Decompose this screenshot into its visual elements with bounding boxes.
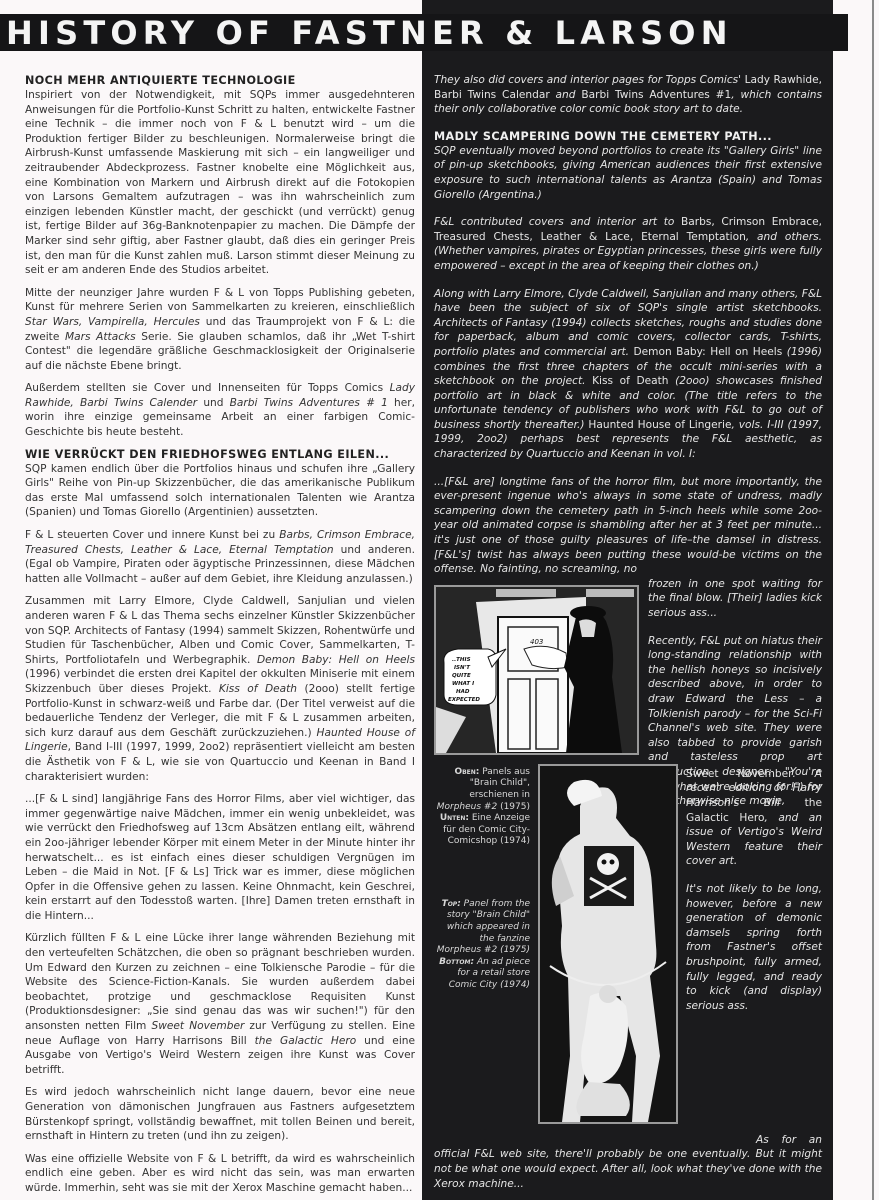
svg-text:403: 403 bbox=[530, 638, 543, 646]
english-column: They also did covers and interior pages … bbox=[434, 73, 822, 1200]
paragraph: Was eine offizielle Website von F & L be… bbox=[25, 1152, 415, 1196]
quote-paragraph: ...[F & L sind] langjährige Fans des Hor… bbox=[25, 792, 415, 923]
paragraph: Zusammen mit Larry Elmore, Clyde Caldwel… bbox=[25, 594, 415, 784]
section-heading-cemetery: WIE VERRÜCKT DEN FRIEDHOFSWEG ENTLANG EI… bbox=[25, 448, 415, 462]
wrap-text-lower: Sweet November. A recent edition of Harr… bbox=[686, 767, 822, 1027]
figure-area: 403 ..THIS ISN'T QUITE WHAT I HAD EXPECT… bbox=[434, 577, 822, 1129]
comic-panel-image: 403 ..THIS ISN'T QUITE WHAT I HAD EXPECT… bbox=[434, 585, 639, 755]
svg-text:ISN'T: ISN'T bbox=[454, 665, 471, 671]
quote-continuation: frozen in one spot waiting for the final… bbox=[648, 577, 822, 621]
paragraph: Außerdem stellten sie Cover und Innensei… bbox=[25, 381, 415, 439]
paragraph: Es wird jedoch wahrscheinlich nicht lang… bbox=[25, 1085, 415, 1143]
german-column: NOCH MEHR ANTIQUIERTE TECHNOLOGIE Inspir… bbox=[25, 73, 415, 1200]
section-heading-cemetery-en: MADLY SCAMPERING DOWN THE CEMETERY PATH.… bbox=[434, 130, 822, 144]
comic-ad-image bbox=[538, 764, 678, 1124]
quote-paragraph: ...[F&L are] longtime fans of the horror… bbox=[434, 475, 822, 577]
paragraph: They also did covers and interior pages … bbox=[434, 73, 822, 117]
svg-text:WHAT I: WHAT I bbox=[452, 681, 474, 687]
noir-comic-illustration: 403 ..THIS ISN'T QUITE WHAT I HAD EXPECT… bbox=[436, 587, 637, 753]
paragraph: Inspiriert von der Notwendigkeit, mit SQ… bbox=[25, 88, 415, 278]
paragraph: SQP eventually moved beyond portfolios t… bbox=[434, 144, 822, 202]
svg-text:EXPECTED: EXPECTED bbox=[448, 697, 480, 703]
paragraph: Mitte der neunziger Jahre wurden F & L v… bbox=[25, 286, 415, 374]
section-heading-technology: NOCH MEHR ANTIQUIERTE TECHNOLOGIE bbox=[25, 74, 415, 88]
caption-english: Top: Panel from the story "Brain Child" … bbox=[434, 899, 530, 992]
paragraph: F&L contributed covers and interior art … bbox=[434, 215, 822, 273]
paragraph: F & L steuerten Cover und innere Kunst b… bbox=[25, 528, 415, 586]
pirate-damsel-illustration bbox=[540, 766, 676, 1122]
page-edge bbox=[872, 0, 874, 1200]
caption-german: Oben: Panels aus "Brain Child", erschien… bbox=[434, 767, 530, 848]
svg-text:QUITE: QUITE bbox=[452, 673, 471, 679]
paragraph: SQP kamen endlich über die Portfolios hi… bbox=[25, 462, 415, 520]
svg-text:HAD: HAD bbox=[456, 689, 470, 695]
svg-text:..THIS: ..THIS bbox=[452, 657, 471, 663]
paragraph: It's not likely to be long, however, bef… bbox=[686, 882, 822, 1013]
title-banner: HISTORY OF FASTNER & LARSON bbox=[0, 14, 848, 51]
paragraph: Kürzlich füllten F & L eine Lücke ihrer … bbox=[25, 931, 415, 1077]
paragraph: Along with Larry Elmore, Clyde Caldwell,… bbox=[434, 287, 822, 462]
closing-paragraph: As for an official F&L web site, there'l… bbox=[434, 1133, 822, 1191]
page-title: HISTORY OF FASTNER & LARSON bbox=[6, 17, 733, 49]
paragraph-cont: Sweet November. A recent edition of Harr… bbox=[686, 767, 822, 869]
